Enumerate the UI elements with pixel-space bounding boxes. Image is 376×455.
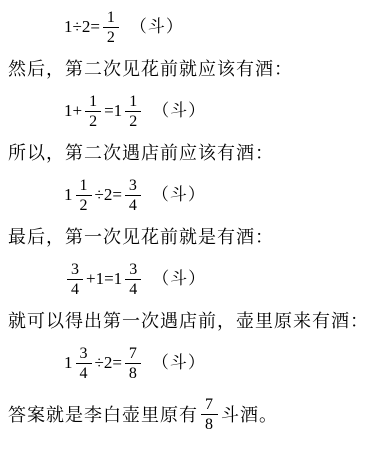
answer-line: 答案就是李白壶里原有78斗酒。 (8, 393, 376, 435)
fraction-denominator: 4 (76, 364, 92, 382)
fraction: 34 (76, 345, 92, 382)
fraction: 34 (125, 177, 141, 214)
answer-text-pre: 答案就是李白壶里原有 (8, 395, 198, 435)
answer-text-post: 斗酒。 (221, 395, 278, 435)
fraction: 78 (201, 396, 218, 433)
fraction-denominator: 4 (125, 196, 141, 214)
fraction: 12 (125, 93, 141, 130)
fraction-numerator: 3 (67, 261, 83, 280)
paragraph-3: 最后，第一次见花前就是有酒： (8, 225, 376, 249)
fraction-numerator: 7 (125, 345, 141, 364)
equation-step-1: 1÷2=12（斗） (64, 6, 376, 48)
equation-text: ÷2= (95, 343, 122, 383)
unit-label: （斗） (152, 91, 206, 131)
equation-text: 1 (64, 343, 73, 383)
paragraph-1: 然后，第二次见花前就应该有酒： (8, 57, 376, 81)
equation-step-3: 112÷2=34（斗） (64, 174, 376, 216)
equation-step-4: 34+1=134（斗） (64, 258, 376, 300)
fraction-denominator: 4 (125, 280, 141, 298)
paragraph-2: 所以，第二次遇店前应该有酒： (8, 141, 376, 165)
fraction: 12 (85, 93, 101, 130)
unit-label: （斗） (152, 175, 206, 215)
equation-text: 1 (64, 175, 73, 215)
equation-step-5: 134÷2=78（斗） (64, 342, 376, 384)
fraction-numerator: 1 (76, 177, 92, 196)
equation-text: 1+ (64, 91, 82, 131)
fraction-numerator: 3 (76, 345, 92, 364)
fraction: 34 (125, 261, 141, 298)
fraction-denominator: 2 (125, 112, 141, 130)
equation-text: ÷2= (95, 175, 122, 215)
unit-label: （斗） (130, 7, 184, 47)
fraction-numerator: 3 (125, 177, 141, 196)
fraction: 78 (125, 345, 141, 382)
fraction-denominator: 2 (103, 28, 119, 46)
equation-text: +1=1 (86, 259, 122, 299)
fraction: 34 (67, 261, 83, 298)
fraction-numerator: 3 (125, 261, 141, 280)
document-page: 1÷2=12（斗） 然后，第二次见花前就应该有酒： 1+12=112（斗） 所以… (0, 0, 376, 435)
equation-step-2: 1+12=112（斗） (64, 90, 376, 132)
fraction-numerator: 7 (201, 396, 218, 415)
fraction-numerator: 1 (103, 9, 119, 28)
fraction-denominator: 2 (85, 112, 101, 130)
fraction: 12 (103, 9, 119, 46)
fraction: 12 (76, 177, 92, 214)
fraction-numerator: 1 (125, 93, 141, 112)
fraction-denominator: 4 (67, 280, 83, 298)
equation-text: =1 (104, 91, 122, 131)
fraction-denominator: 2 (76, 196, 92, 214)
paragraph-4: 就可以得出第一次遇店前，壶里原来有酒： (8, 309, 376, 333)
equation-text: 1÷2= (64, 7, 100, 47)
fraction-denominator: 8 (201, 415, 218, 433)
fraction-numerator: 1 (85, 93, 101, 112)
fraction-denominator: 8 (125, 364, 141, 382)
unit-label: （斗） (152, 343, 206, 383)
unit-label: （斗） (152, 259, 206, 299)
